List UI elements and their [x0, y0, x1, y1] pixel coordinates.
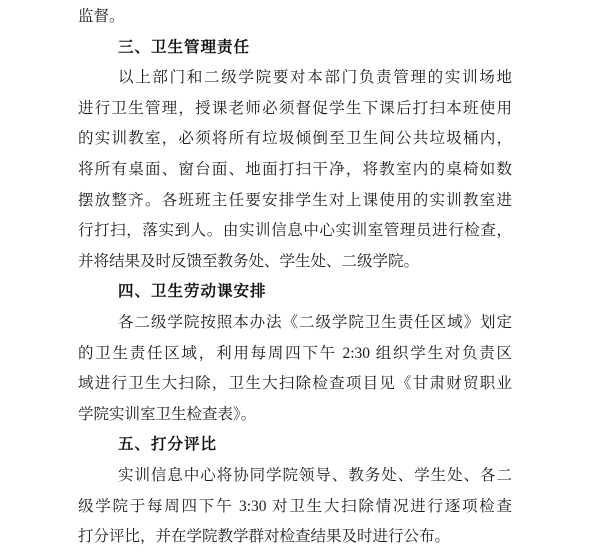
section-heading-5: 五、打分评比: [78, 430, 512, 461]
paragraph-last-line: 学院实训室卫生检查表》。: [78, 400, 512, 431]
paragraph-line: 的卫生责任区域，利用每周四下午 2:30 组织学生对负责区: [78, 339, 512, 370]
paragraph-line: 的实训教室，必须将所有垃圾倾倒至卫生间公共垃圾桶内，: [78, 124, 512, 155]
paragraph-line: 各二级学院按照本办法《二级学院卫生责任区域》划定: [78, 308, 512, 339]
paragraph-line: 进行卫生管理，授课老师必须督促学生下课后打扫本班使用: [78, 94, 512, 125]
paragraph-line: 域进行卫生大扫除，卫生大扫除检查项目见《甘肃财贸职业: [78, 369, 512, 400]
document-page: 监督。 三、卫生管理责任 以上部门和二级学院要对本部门负责管理的实训场地 进行卫…: [0, 0, 590, 554]
text-column: 监督。 三、卫生管理责任 以上部门和二级学院要对本部门负责管理的实训场地 进行卫…: [78, 2, 512, 553]
paragraph-line: 行打扫，落实到人。由实训信息中心实训室管理员进行检查，: [78, 216, 512, 247]
paragraph-line: 级学院于每周四下午 3:30 对卫生大扫除情况进行逐项检查: [78, 492, 512, 523]
section-heading-3: 三、卫生管理责任: [78, 33, 512, 64]
paragraph-line: 以上部门和二级学院要对本部门负责管理的实训场地: [78, 63, 512, 94]
paragraph-line: 摆放整齐。各班班主任要安排学生对上课使用的实训教室进: [78, 186, 512, 217]
paragraph-last-line: 打分评比，并在学院教学群对检查结果及时进行公布。: [78, 522, 512, 553]
paragraph-tail-line: 监督。: [78, 2, 512, 33]
paragraph-line: 实训信息中心将协同学院领导、教务处、学生处、各二: [78, 461, 512, 492]
section-heading-4: 四、卫生劳动课安排: [78, 277, 512, 308]
paragraph-last-line: 并将结果及时反馈至教务处、学生处、二级学院。: [78, 247, 512, 278]
paragraph-line: 将所有桌面、窗台面、地面打扫干净，将教室内的桌椅如数: [78, 155, 512, 186]
